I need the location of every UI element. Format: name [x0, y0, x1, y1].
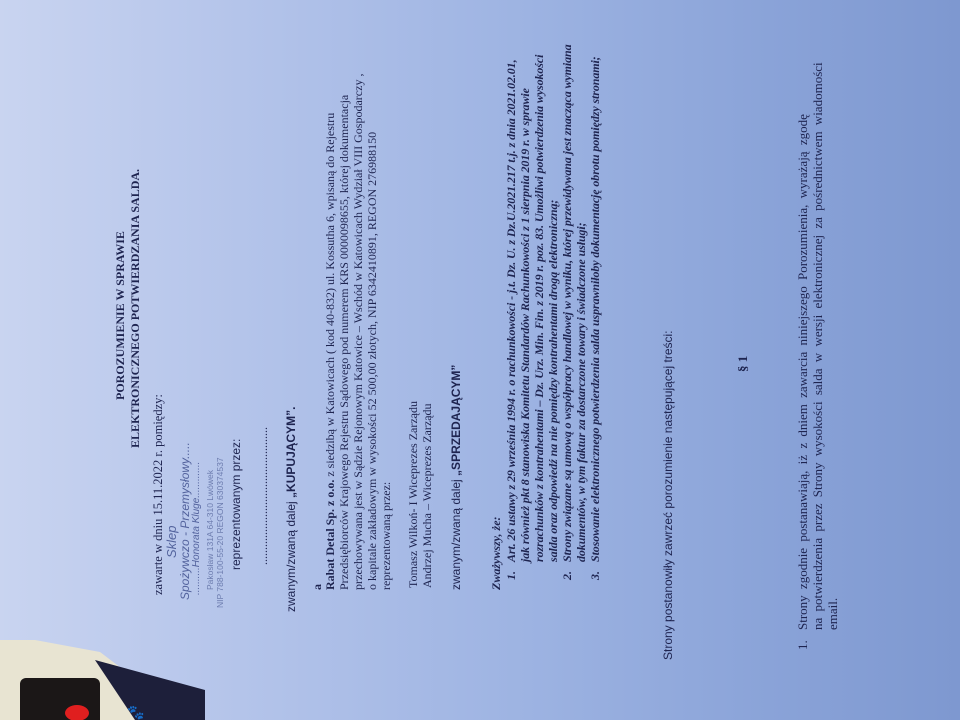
section-heading: § 1 [735, 356, 751, 372]
buyer-rep-dots: ........................................… [255, 427, 271, 565]
recital-number: 3. [587, 571, 603, 580]
buyer-role: „KUPUJĄCYM”. [284, 407, 298, 498]
clause-text: na potwierdzenia przez Strony wysokości … [810, 62, 826, 630]
stamp-line-5: NIP 788-100-55-20 REGON 630374537 [212, 457, 228, 608]
buyer-label: zwanym/zwaną dalej „KUPUJĄCYM”. [283, 407, 299, 612]
agreement-document: POROZUMIENIE W SPRAWIEELEKTRONICZNEGO PO… [0, 0, 960, 720]
clause-text: email. [825, 598, 841, 630]
recital-number: 2. [559, 571, 575, 580]
recital-text: Stosowanie elektronicznego potwierdzenia… [587, 56, 603, 562]
seller-name: Rabat Detal Sp. z o.o. [323, 480, 337, 590]
recital-number: 1. [503, 571, 519, 580]
seller-represented-by: reprezentowaną przez: [378, 482, 394, 590]
buyer-represented-by: reprezentowanym przez: [228, 439, 244, 570]
parties-decided-text: Strony postanowiły zawrzeć porozumienie … [660, 331, 676, 661]
title-line-1: POROZUMIENIE W SPRAWIE [112, 231, 128, 400]
representative-2: Andrzej Mucha – Wiceprezes Zarządu [419, 403, 435, 588]
clause-number: 1. [795, 640, 811, 650]
intro-text: zawarte w dniu 15.11.2022 r. pomiędzy: [150, 394, 166, 595]
whereas-heading: Zważywszy, że: [488, 516, 504, 590]
seller-label: zwanym/zwaną dalej „SPRZEDAJĄCYM” [448, 365, 464, 590]
clause-text: Strony zgodnie postanawiają, iż z dniem … [795, 114, 811, 630]
title-line-2: ELEKTRONICZNEGO POTWIERDZANIA SALDA. [127, 169, 143, 448]
seller-role: „SPRZEDAJĄCYM” [449, 365, 463, 476]
